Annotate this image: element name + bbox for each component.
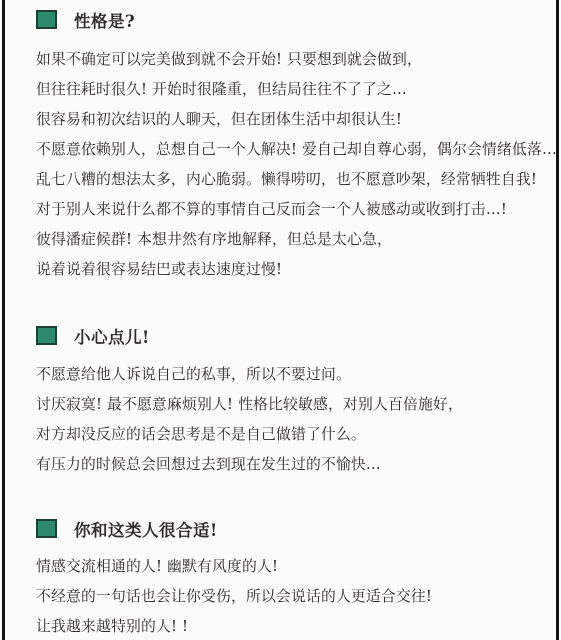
text-line: 讨厌寂寞! 最不愿意麻烦别人! 性格比较敏感，对别人百倍施好， — [36, 390, 551, 420]
text-line: 让我越来越特别的人! ! — [36, 612, 551, 640]
section-personality: 性格是? 如果不确定可以完美做到就不会开始! 只要想到就会做到， 但往往耗时很久… — [36, 9, 551, 285]
document-page: 性格是? 如果不确定可以完美做到就不会开始! 只要想到就会做到， 但往往耗时很久… — [0, 0, 561, 640]
section-title: 性格是? — [74, 8, 135, 32]
right-border-line — [556, 0, 559, 640]
text-line: 不经意的一句话也会让你受伤，所以会说话的人更适合交往! — [36, 582, 551, 612]
section-personality-header: 性格是? — [36, 9, 551, 30]
section-be-careful: 小心点儿! 不愿意给他人诉说自己的私事，所以不要过问。 讨厌寂寞! 最不愿意麻烦… — [36, 325, 551, 480]
section-good-match: 你和这类人很合适! 情感交流相通的人! 幽默有风度的人! 不经意的一句话也会让你… — [36, 518, 551, 640]
text-line: 如果不确定可以完美做到就不会开始! 只要想到就会做到， — [36, 45, 551, 75]
text-line: 情感交流相通的人! 幽默有风度的人! — [36, 552, 551, 582]
text-line: 很容易和初次结识的人聊天，但在团体生活中却很认生! — [36, 105, 551, 135]
section-title: 你和这类人很合适! — [74, 517, 218, 541]
section-be-careful-body: 不愿意给他人诉说自己的私事，所以不要过问。 讨厌寂寞! 最不愿意麻烦别人! 性格… — [36, 360, 551, 480]
text-line: 不愿意给他人诉说自己的私事，所以不要过问。 — [36, 360, 551, 390]
text-line: 不愿意依赖别人，总想自己一个人解决! 爱自己却自尊心弱，偶尔会情绪低落… — [36, 135, 551, 165]
green-square-bullet-icon — [36, 326, 57, 345]
text-line: 说着说着很容易结巴或表达速度过慢! — [36, 255, 551, 285]
text-line: 有压力的时候总会回想过去到现在发生过的不愉快… — [36, 450, 551, 480]
green-square-bullet-icon — [36, 519, 57, 538]
text-line: 乱七八糟的想法太多，内心脆弱。懒得唠叨，也不愿意吵架，经常牺牲自我! — [36, 165, 551, 195]
section-be-careful-header: 小心点儿! — [36, 325, 551, 346]
section-personality-body: 如果不确定可以完美做到就不会开始! 只要想到就会做到， 但往往耗时很久! 开始时… — [36, 45, 551, 285]
text-line: 但往往耗时很久! 开始时很隆重，但结局往往不了了之… — [36, 75, 551, 105]
green-square-bullet-icon — [36, 10, 57, 29]
left-border-line — [2, 0, 5, 640]
text-line: 对于别人来说什么都不算的事情自己反而会一个人被感动或收到打击…! — [36, 195, 551, 225]
text-line: 彼得潘症候群! 本想井然有序地解释，但总是太心急， — [36, 225, 551, 255]
document-content: 性格是? 如果不确定可以完美做到就不会开始! 只要想到就会做到， 但往往耗时很久… — [36, 9, 551, 640]
text-line: 对方却没反应的话会思考是不是自己做错了什么。 — [36, 420, 551, 450]
section-good-match-header: 你和这类人很合适! — [36, 518, 551, 539]
section-title: 小心点儿! — [74, 324, 150, 348]
section-good-match-body: 情感交流相通的人! 幽默有风度的人! 不经意的一句话也会让你受伤，所以会说话的人… — [36, 552, 551, 640]
